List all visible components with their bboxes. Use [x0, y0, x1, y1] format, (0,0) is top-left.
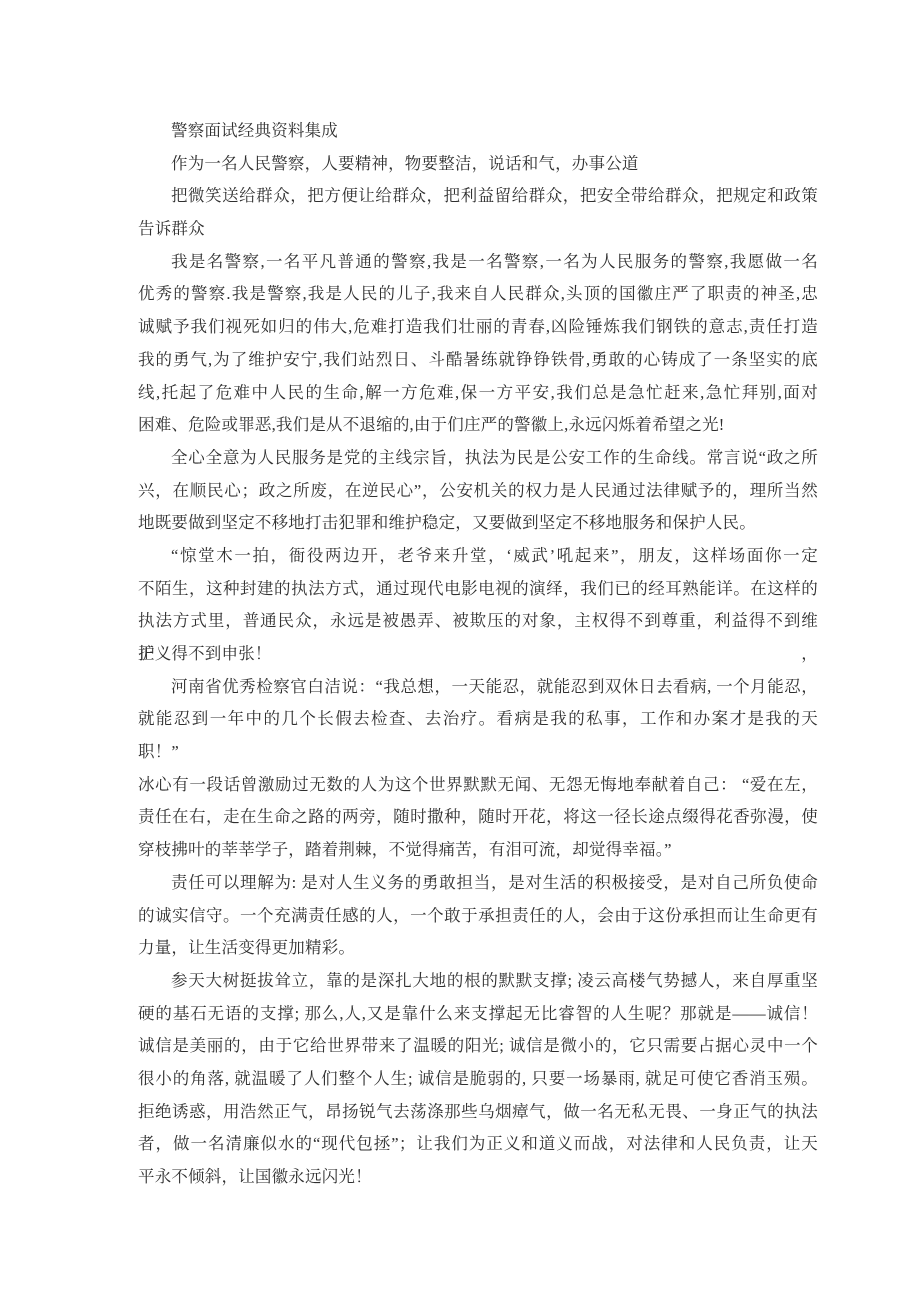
text-line: 责任在右，走在生命之路的两旁，随时撒种，随时开花，将这一径长途点缀得花香弥漫，使	[138, 801, 818, 834]
document-title-line: 警察面试经典资料集成	[138, 115, 818, 148]
text-line: 诚信是美丽的，由于它给世界带来了温暖的阳光; 诚信是微小的，它只需要占据心灵中一…	[138, 1030, 818, 1063]
text-line: 参天大树挺拔耸立，靠的是深扎大地的根的默默支撑; 凌云高楼气势撼人，来自厚重坚	[138, 965, 818, 998]
text-line: 作为一名人民警察，人要精神，物要整洁，说话和气，办事公道	[138, 148, 818, 181]
paragraph: 责任可以理解为: 是对人生义务的勇敢担当，是对生活的积极接受，是对自己所负使命的…	[138, 867, 818, 965]
paragraph: 作为一名人民警察，人要精神，物要整洁，说话和气，办事公道	[138, 148, 818, 181]
document-page: 警察面试经典资料集成作为一名人民警察，人要精神，物要整洁，说话和气，办事公道把微…	[0, 0, 920, 1302]
text-line: 我的勇气,为了维护安宁,我们站烈日、斗酷暑练就铮铮铁骨,勇敢的心铸成了一条坚实的…	[138, 344, 818, 377]
text-line: 穿枝拂叶的莘莘学子，踏着荆棘，不觉得痛苦，有泪可流，却觉得幸福。”	[138, 834, 818, 867]
text-line: 力量，让生活变得更加精彩。	[138, 932, 818, 965]
text-line: 兴，在顺民心；政之所废，在逆民心”，公安机关的权力是人民通过法律赋予的，理所当然	[138, 475, 818, 508]
text-line: 河南省优秀检察官白洁说：“我总想，一天能忍，就能忍到双休日去看病, 一个月能忍，	[138, 671, 818, 704]
text-line: 冰心有一段话曾激励过无数的人为这个世界默默无闻、无怨无悔地奉献着自己： “爱在左…	[138, 769, 818, 802]
text-line: 硬的基石无语的支撑; 那么,人,又是靠什么来支撑起无比睿智的人生呢？那就是——诚…	[138, 998, 818, 1031]
text-line: 不陌生，这种封建的执法方式，通过现代电影电视的演绎，我们已的经耳熟能详。在这样的	[138, 573, 818, 606]
paragraph: 冰心有一段话曾激励过无数的人为这个世界默默无闻、无怨无悔地奉献着自己： “爱在左…	[138, 769, 818, 867]
text-line: 平永不倾斜，让国徽永远闪光！	[138, 1161, 818, 1194]
paragraph: 全心全意为人民服务是党的主线宗旨，执法为民是公安工作的生命线。常言说“政之所兴，…	[138, 442, 818, 540]
text-line: 职！”	[138, 736, 818, 769]
text-line: 诚赋予我们视死如归的伟大,危难打造我们壮丽的青春,凶险锤炼我们钢铁的意志,责任打…	[138, 311, 818, 344]
paragraph: “惊堂木一拍，衙役两边开，老爷来升堂，‘威武’吼起来”，朋友，这样场面你一定不陌…	[138, 540, 818, 671]
paragraph: 警察面试经典资料集成	[138, 115, 818, 148]
paragraph: 把微笑送给群众，把方便让给群众，把利益留给群众，把安全带给群众，把规定和政策告诉…	[138, 180, 818, 245]
text-line: 我是名警察,一名平凡普通的警察,我是一名警察,一名为人民服务的警察,我愿做一名	[138, 246, 818, 279]
text-line: 拒绝诱惑，用浩然正气，昂扬锐气去荡涤那些乌烟瘴气，做一名无私无畏、一身正气的执法	[138, 1096, 818, 1129]
paragraph: 我是名警察,一名平凡普通的警察,我是一名警察,一名为人民服务的警察,我愿做一名优…	[138, 246, 818, 442]
text-line: 就能忍到一年中的几个长假去检查、去治疗。看病是我的私事，工作和办案才是我的天	[138, 703, 818, 736]
text-line: 线,托起了危难中人民的生命,解一方危难,保一方平安,我们总是急忙赶来,急忙拜别,…	[138, 377, 818, 410]
text-line: 优秀的警察.我是警察,我是人民的儿子,我来自人民群众,头顶的国徽庄严了职责的神圣…	[138, 278, 818, 311]
text-line: 的诚实信守。一个充满责任感的人，一个敢于承担责任的人，会由于这份承担而让生命更有	[138, 900, 818, 933]
paragraph: 河南省优秀检察官白洁说：“我总想，一天能忍，就能忍到双休日去看病, 一个月能忍，…	[138, 671, 818, 769]
text-line: 执法方式里，普通民众，永远是被愚弄、被欺压的对象，主权得不到尊重，利益得不到维护…	[138, 605, 818, 638]
text-line: 很小的角落, 就温暖了人们整个人生; 诚信是脆弱的, 只要一场暴雨, 就足可使它…	[138, 1063, 818, 1096]
text-line: 告诉群众	[138, 213, 818, 246]
text-line: 全心全意为人民服务是党的主线宗旨，执法为民是公安工作的生命线。常言说“政之所	[138, 442, 818, 475]
text-line: 把微笑送给群众，把方便让给群众，把利益留给群众，把安全带给群众，把规定和政策	[138, 180, 818, 213]
text-line: 困难、危险或罪恶,我们是从不退缩的,由于们庄严的警徽上,永远闪烁着希望之光!	[138, 409, 818, 442]
text-line: “惊堂木一拍，衙役两边开，老爷来升堂，‘威武’吼起来”，朋友，这样场面你一定	[138, 540, 818, 573]
document-body: 警察面试经典资料集成作为一名人民警察，人要精神，物要整洁，说话和气，办事公道把微…	[138, 115, 818, 1194]
text-line: 责任可以理解为: 是对人生义务的勇敢担当，是对生活的积极接受，是对自己所负使命	[138, 867, 818, 900]
paragraph: 参天大树挺拔耸立，靠的是深扎大地的根的默默支撑; 凌云高楼气势撼人，来自厚重坚硬…	[138, 965, 818, 1194]
text-line: 者，做一名清廉似水的“现代包拯”；让我们为正义和道义而战，对法律和人民负责，让天	[138, 1128, 818, 1161]
text-line: 地既要做到坚定不移地打击犯罪和维护稳定，又要做到坚定不移地服务和保护人民。	[138, 507, 818, 540]
